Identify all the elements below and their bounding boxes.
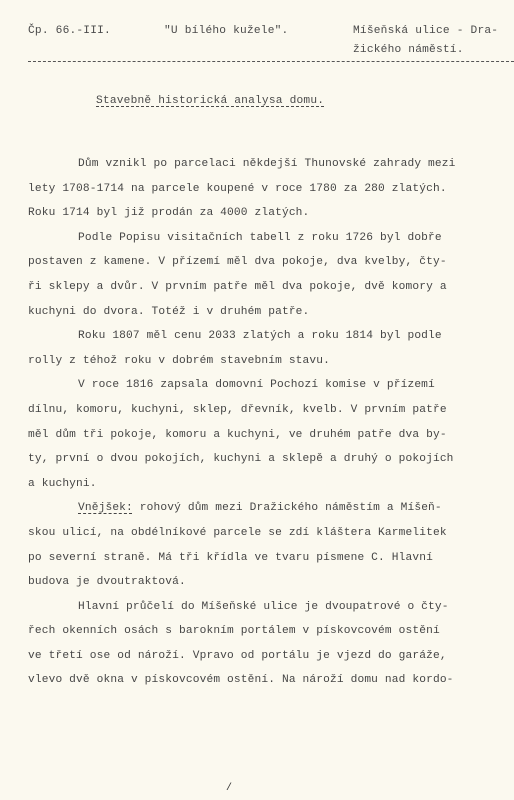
text-line: měl dům tři pokoje, komoru a kuchyni, ve… (28, 423, 498, 448)
text-line: V roce 1816 zapsala domovní Pochozí komi… (28, 373, 498, 398)
header-divider (28, 61, 514, 62)
text-line: kuchyni do dvora. Totéž i v druhém patře… (28, 300, 498, 325)
document-body: Dům vznikl po parcelaci někdejší Thunovs… (28, 152, 498, 693)
text-line: Podle Popisu visitačních tabell z roku 1… (28, 226, 498, 251)
text-line: rolly z téhož roku v dobrém stavebním st… (28, 349, 498, 374)
text-line: budova je dvoutraktová. (28, 570, 498, 595)
house-number: Čp. 66.-III. (28, 22, 111, 41)
address-line-2: žického náměstí. (353, 41, 498, 60)
text-line: Roku 1807 měl cenu 2033 zlatých a roku 1… (28, 324, 498, 349)
document-page: Čp. 66.-III. "U bílého kužele". Míšeňská… (0, 0, 514, 800)
house-name: "U bílého kužele". (164, 22, 288, 41)
text-line: Vnějšek: rohový dům mezi Dražického námě… (28, 496, 498, 521)
text-line: vlevo dvě okna v pískovcovém ostění. Na … (28, 668, 498, 693)
text-line: postaven z kamene. V přízemí měl dva pok… (28, 250, 498, 275)
text-line: ve třetí ose od nároží. Vpravo od portál… (28, 644, 498, 669)
text-line: Roku 1714 byl již prodán za 4000 zlatých… (28, 201, 498, 226)
house-address: Míšeňská ulice - Dra- žického náměstí. (353, 22, 498, 60)
section-title: Stavebně historická analysa domu. (96, 95, 324, 107)
text-line: dílnu, komoru, kuchyni, sklep, dřevník, … (28, 398, 498, 423)
text-line: skou ulicí, na obdélníkové parcele se zd… (28, 521, 498, 546)
text-line: Hlavní průčelí do Míšeňské ulice je dvou… (28, 595, 498, 620)
text-fragment: rohový dům mezi Dražického náměstím a Mí… (133, 502, 442, 514)
exterior-label: Vnějšek: (78, 502, 133, 514)
text-line: řech okenních osách s barokním portálem … (28, 619, 498, 644)
text-line: po severní straně. Má tři křídla ve tvar… (28, 546, 498, 571)
page-mark: / (226, 783, 232, 794)
text-line: lety 1708-1714 na parcele koupené v roce… (28, 177, 498, 202)
text-line: ty, první o dvou pokojích, kuchyni a skl… (28, 447, 498, 472)
text-line: ři sklepy a dvůr. V prvním patře měl dva… (28, 275, 498, 300)
text-line: Dům vznikl po parcelaci někdejší Thunovs… (28, 152, 498, 177)
text-line: a kuchyni. (28, 472, 498, 497)
address-line-1: Míšeňská ulice - Dra- (353, 22, 498, 41)
